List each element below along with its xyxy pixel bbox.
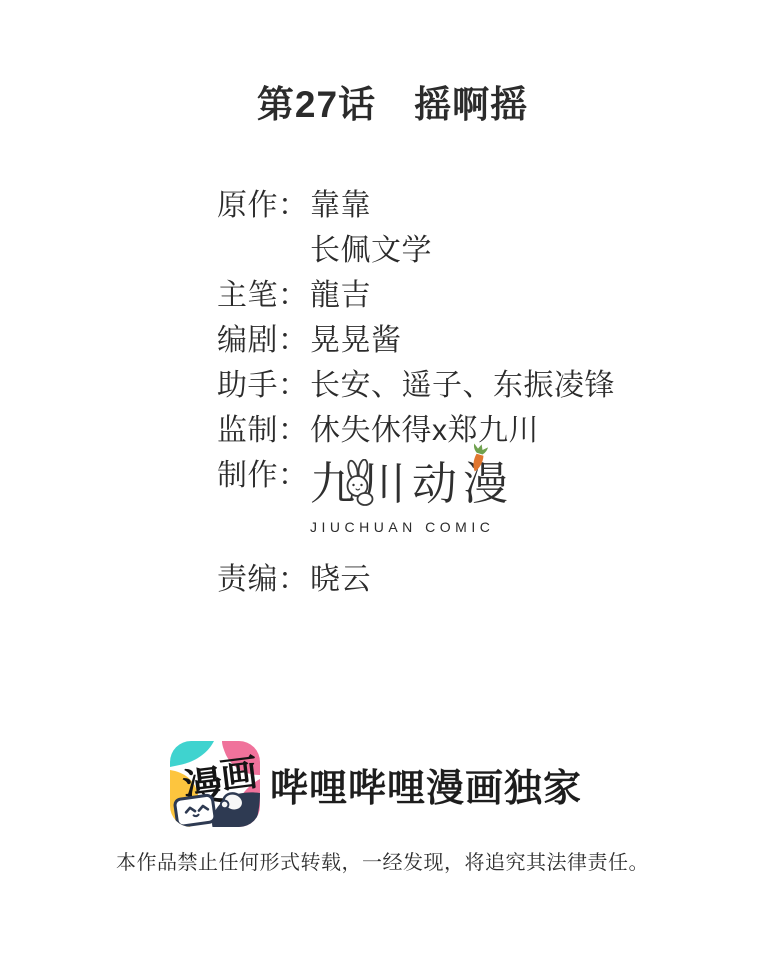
credit-label [217,235,310,267]
exclusive-text: 哔哩哔哩漫画独家 [270,757,582,812]
credit-row-original-source: 长佩文学 [217,235,717,267]
credit-label: 原作： [217,190,310,222]
credit-row-production: 制作： 九川动漫 [217,460,717,543]
credit-label: 编剧： [217,325,310,357]
copyright-disclaimer: 本作品禁止任何形式转载，一经发现，将追究其法律责任。 [0,846,765,875]
credit-row-assistants: 助手： 长安、遥子、东振凌锋 [217,370,717,402]
credit-row-screenwriter: 编剧： 晃晃酱 [217,325,717,357]
publisher-banner: 漫 画 哔哩哔哩漫画独家 [170,741,582,827]
app-icon-char-hua: 画 [218,752,260,797]
credit-value: 晃晃酱 [310,325,402,357]
credit-value: 长佩文学 [310,235,432,267]
credit-label: 主笔： [217,280,310,312]
credit-row-original-author: 原作： 靠靠 [217,190,717,222]
rabbit-icon [340,459,377,507]
credit-label: 制作： [217,460,310,543]
credits-list: 原作： 靠靠 长佩文学 主笔： 龍吉 编剧： 晃晃酱 助手： 长安、遥子、东振凌… [217,190,717,609]
tv-face-icon [174,795,215,827]
credit-value: 靠靠 [310,190,371,222]
credit-label: 助手： [217,370,310,402]
credit-row-editor: 责编： 晓云 [217,564,717,596]
credit-value: 长安、遥子、东振凌锋 [310,370,615,402]
chapter-title: 第27话 摇啊摇 [10,74,765,128]
carrot-icon [467,443,490,474]
credit-value: 休失休得x郑九川 [310,415,539,447]
credit-label: 责编： [217,564,310,596]
credit-value: 晓云 [310,564,371,596]
credit-label: 监制： [217,415,310,447]
credit-value: 龍吉 [310,280,371,312]
credit-row-main-artist: 主笔： 龍吉 [217,280,717,312]
studio-name-en: JIUCHUAN COMIC [310,511,514,543]
studio-logo: 九川动漫 [310,460,514,543]
bilibili-comics-app-icon: 漫 画 [170,741,260,827]
